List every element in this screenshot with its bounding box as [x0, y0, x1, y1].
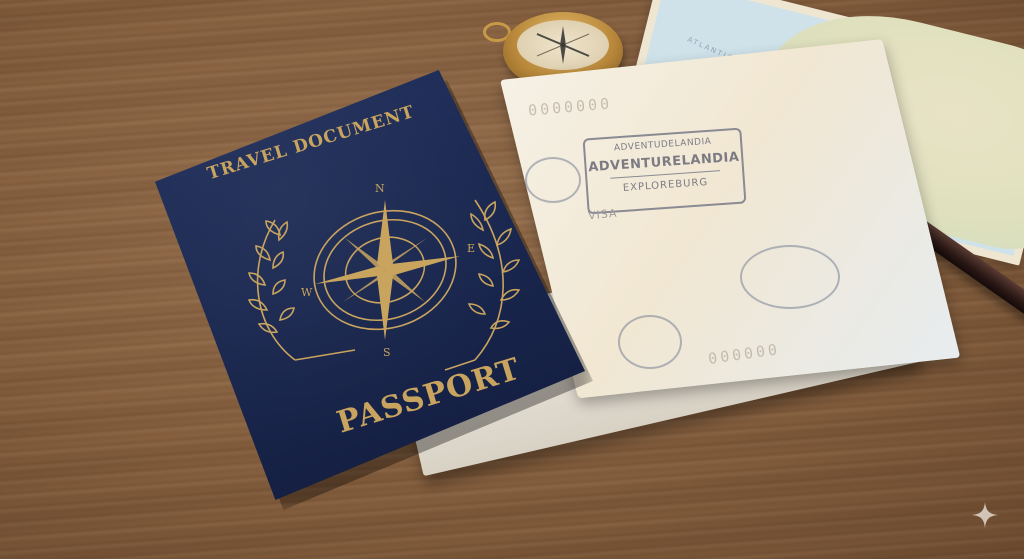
- compass-stamp: [740, 245, 840, 309]
- entry-stamp: ADVENTUDELANDIA ADVENTURELANDIA EXPLOREB…: [583, 128, 747, 215]
- compass-letter-e: E: [467, 242, 475, 255]
- compass-face: [517, 20, 609, 70]
- compass-letter-s: S: [383, 346, 391, 359]
- compass-rose-emblem-icon: N E S W: [235, 160, 525, 390]
- compass-letter-w: W: [301, 286, 313, 299]
- sparkle-icon: [972, 502, 998, 528]
- compass-letter-n: N: [375, 182, 385, 195]
- sailboat-stamp: [618, 315, 682, 369]
- compass-needle-icon: [517, 20, 609, 70]
- scene: ATLANTIC OCEAN 0000000 000000: [0, 0, 1024, 559]
- passport-cover: TRAVEL DOCUMENT: [155, 70, 585, 500]
